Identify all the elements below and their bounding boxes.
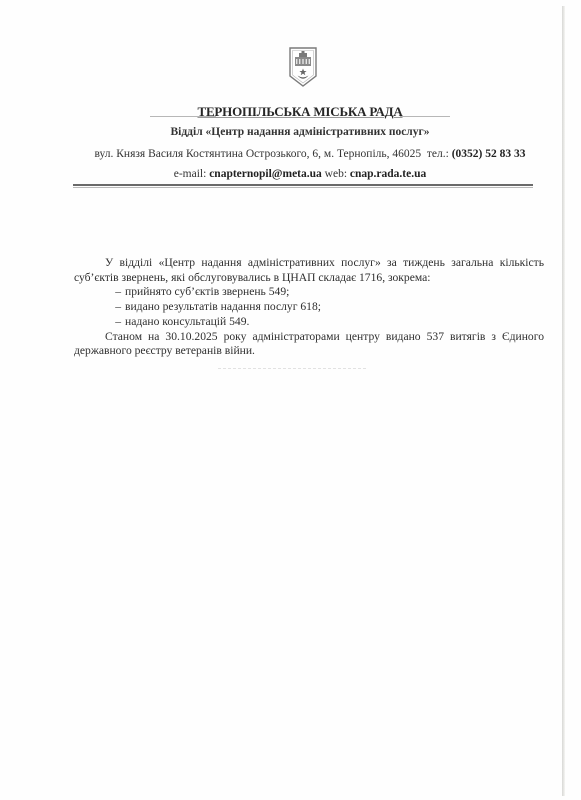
email-label: e-mail:: [174, 168, 207, 180]
list-item-text: прийнято суб’єктів звернень 549;: [125, 285, 289, 298]
organization-name: ТЕРНОПІЛЬСЬКА МІСЬКА РАДА: [0, 104, 581, 120]
letter-body: У відділі «Центр надання адміністративни…: [74, 256, 544, 359]
website: cnap.rada.te.ua: [350, 168, 426, 180]
summary-paragraph: У відділі «Центр надання адміністративни…: [74, 256, 544, 285]
phone-number: (0352) 52 83 33: [452, 148, 526, 160]
letterhead-divider-thin: [73, 187, 533, 188]
faint-scan-artifact-line: [218, 368, 368, 369]
statistics-list: – прийнято суб’єктів звернень 549; – вид…: [74, 285, 544, 329]
postal-address: вул. Князя Василя Костянтина Острозького…: [94, 148, 421, 160]
list-item-text: видано результатів надання послуг 618;: [125, 300, 321, 313]
phone-label: тел.:: [427, 148, 449, 160]
dash-marker: –: [111, 285, 121, 300]
list-item: – видано результатів надання послуг 618;: [74, 300, 544, 315]
dash-marker: –: [111, 300, 121, 315]
contacts-line: e-mail: cnapternopil@meta.ua web: cnap.r…: [0, 168, 581, 180]
list-item: – прийнято суб’єктів звернень 549;: [74, 285, 544, 300]
scan-edge-shadow: [562, 6, 565, 796]
dash-marker: –: [111, 315, 121, 330]
veterans-registry-paragraph: Станом на 30.10.2025 року адміністратора…: [74, 330, 544, 359]
address-line: вул. Князя Василя Костянтина Острозького…: [0, 148, 581, 160]
city-coat-of-arms-icon: [288, 46, 318, 88]
email-address: cnapternopil@meta.ua: [209, 168, 322, 180]
scanned-page: ТЕРНОПІЛЬСЬКА МІСЬКА РАДА Відділ «Центр …: [0, 0, 581, 800]
list-item: – надано консультацій 549.: [74, 315, 544, 330]
letterhead-divider: [73, 184, 533, 186]
web-label: web:: [325, 168, 347, 180]
department-name: Відділ «Центр надання адміністративних п…: [0, 126, 581, 138]
list-item-text: надано консультацій 549.: [125, 315, 249, 328]
